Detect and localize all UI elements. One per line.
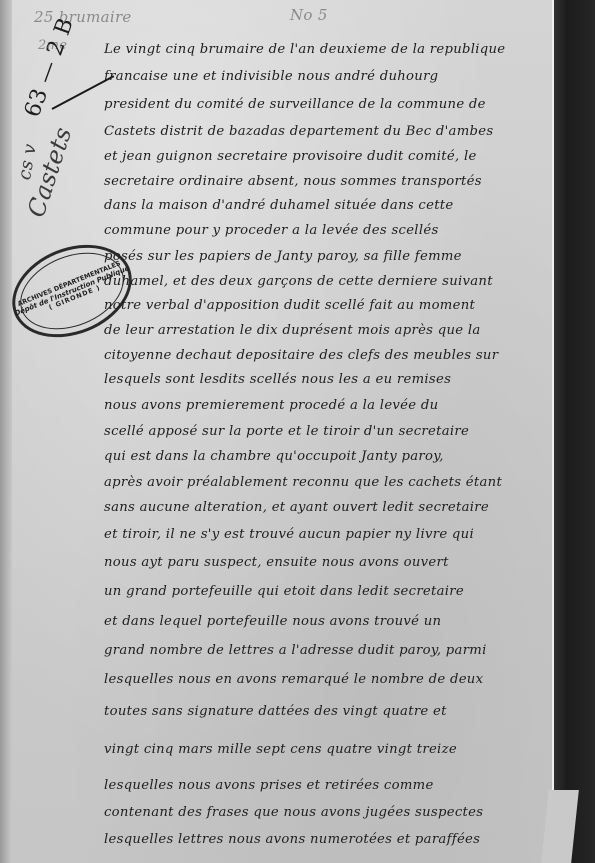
text-line: de leur arrestation le dix duprésent moi… [104,323,481,338]
text-line: et jean guignon secretaire provisoire du… [104,149,477,164]
text-line: posés sur les papiers de Janty paroy, sa… [104,249,462,264]
text-line: president du comité de surveillance de l… [104,97,486,112]
text-line: citoyenne dechaut depositaire des clefs … [104,348,498,363]
text-line: dans la maison d'andré duhamel située da… [104,198,454,213]
text-line: Le vingt cinq brumaire de l'an deuxieme … [104,42,505,57]
text-line: notre verbal d'apposition dudit scellé f… [104,298,475,313]
text-line: scellé apposé sur la porte et le tiroir … [104,424,469,439]
text-line: commune pour y proceder a la levée des s… [104,223,439,238]
text-line: lesquelles lettres nous avons numerotées… [104,832,480,847]
date-note: 25 brumaire [34,8,132,26]
text-line: contenant des frases que nous avons jugé… [104,805,483,820]
text-line: lesquelles nous en avons remarqué le nom… [104,672,483,687]
text-line: lesquelles nous avons prises et retirées… [104,778,434,793]
folio-mark: 63 — 2 B [20,15,79,121]
text-line: secretaire ordinaire absent, nous sommes… [104,174,482,189]
text-line: duhamel, et des deux garçons de cette de… [104,274,493,289]
text-line: toutes sans signature dattées des vingt … [104,704,447,719]
text-line: et tiroir, il ne s'y est trouvé aucun pa… [104,527,474,542]
text-line: nous avons premierement procedé a la lev… [104,398,438,413]
stamp-line-3: ( GIRONDE ) [48,284,102,312]
page-edge [0,0,12,863]
text-line: un grand portefeuille qui etoit dans led… [104,584,464,599]
text-line: et dans lequel portefeuille nous avons t… [104,614,441,629]
text-line: francaise une et indivisible nous andré … [104,69,438,84]
text-line: nous ayt paru suspect, ensuite nous avon… [104,555,449,570]
text-line: Castets distrit de bazadas departement d… [104,124,493,139]
text-line: qui est dans la chambre qu'occupoit Jant… [104,449,444,464]
document-number: No 5 [290,6,328,24]
text-line: sans aucune alteration, et ayant ouvert … [104,500,489,515]
text-line: après avoir préalablement reconnu que le… [104,475,502,490]
text-line: vingt cinq mars mille sept cens quatre v… [104,742,457,757]
dark-background [548,0,595,863]
text-line: grand nombre de lettres a l'adresse dudi… [104,643,487,658]
manuscript-page: 25 brumaire No 5 2me 63 — 2 B cs v Caste… [0,0,554,863]
text-line: lesquels sont lesdits scellés nous les a… [104,372,451,387]
